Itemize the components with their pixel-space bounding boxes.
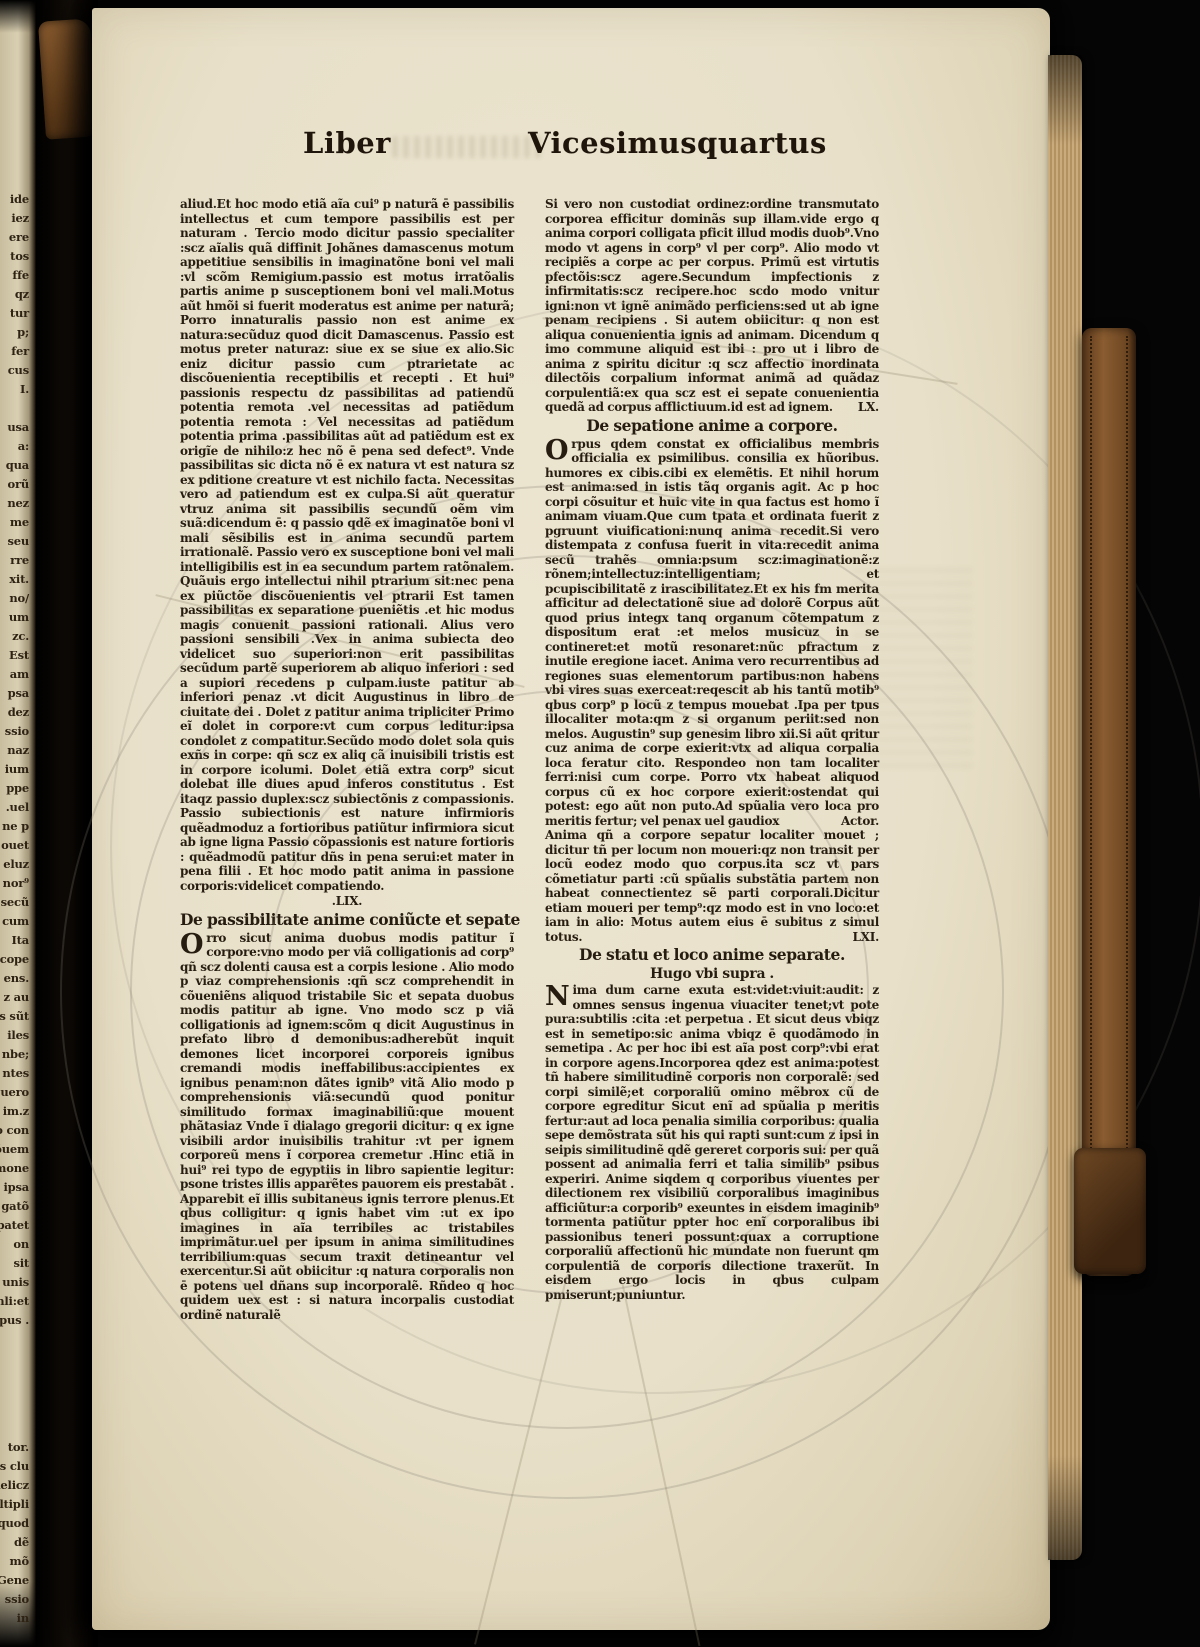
margin-fragment: usa (0, 418, 29, 437)
margin-fragment: quod (0, 1514, 29, 1533)
margin-fragment: ens. (0, 969, 29, 988)
margin-fragment: uero (0, 1083, 29, 1102)
strap-stitching (1126, 336, 1128, 1268)
leather-strap (1082, 328, 1136, 1276)
margin-fragment: p; (0, 323, 29, 342)
running-head-left: Liber (292, 126, 402, 160)
margin-fragment: ipsa (0, 1178, 29, 1197)
margin-fragment: ppe (0, 779, 29, 798)
section-source: Hugo vbi supra . (545, 966, 879, 983)
margin-fragment: ssio in (0, 1590, 29, 1628)
paragraph: Orpus qdem constat ex officialibus membr… (545, 437, 879, 829)
facing-page-fragments-upper: ideiezeretosffeqzturp;fercusI. usaa:quao… (0, 190, 29, 1330)
margin-fragment: me (0, 513, 29, 532)
text-column-right: Si vero non custodiat ordinez:ordine tra… (545, 197, 879, 1302)
margin-fragment: iles (0, 1026, 29, 1045)
margin-fragment: ltipli (0, 1495, 29, 1514)
margin-fragment: dẽ mõ (0, 1533, 29, 1571)
show-through-text (392, 136, 542, 158)
margin-fragment: xit. (0, 570, 29, 589)
facing-page-edge: ideiezeretosffeqzturp;fercusI. usaa:quao… (0, 0, 36, 1647)
section-heading: De sepatione anime a corpore. (545, 416, 879, 435)
margin-fragment: ere (0, 228, 29, 247)
margin-fragment: dez (0, 703, 29, 722)
section-number: .LIX. (180, 894, 514, 909)
margin-fragment: .uel (0, 798, 29, 817)
margin-fragment: unis (0, 1273, 29, 1292)
margin-fragment: qz (0, 285, 29, 304)
margin-fragment: es clu (0, 1457, 29, 1476)
marginal-reference: Actor. (833, 814, 879, 829)
margin-fragment: seu (0, 532, 29, 551)
margin-fragment: tos (0, 247, 29, 266)
margin-fragment: um (0, 608, 29, 627)
page-block-fore-edge (1048, 55, 1082, 1560)
paragraph: Nima dum carne exuta est:videt:viuit:aud… (545, 983, 879, 1302)
margin-fragment: o con (0, 1121, 29, 1140)
margin-fragment: nli:et (0, 1292, 29, 1311)
margin-fragment: tor. (0, 1438, 29, 1457)
running-head-right: Vicesimusquartus (528, 126, 764, 160)
paragraph: Orro sicut anima duobus modis patitur ĩ … (180, 931, 514, 1323)
margin-fragment: rre (0, 551, 29, 570)
margin-fragment: Est (0, 646, 29, 665)
margin-fragment: patet (0, 1216, 29, 1235)
margin-fragment: gatõ (0, 1197, 29, 1216)
margin-fragment: qua (0, 456, 29, 475)
margin-fragment: ium (0, 760, 29, 779)
marginal-reference: LX. (850, 400, 879, 415)
margin-fragment: Gene (0, 1571, 29, 1590)
margin-fragment: delicz (0, 1476, 29, 1495)
paragraph: Si vero non custodiat ordinez:ordine tra… (545, 197, 879, 415)
margin-fragment: nor⁹ (0, 874, 29, 893)
margin-fragment: ne p (0, 817, 29, 836)
strap-stitching (1090, 336, 1092, 1268)
margin-fragment: ide (0, 190, 29, 209)
margin-fragment: a: (0, 437, 29, 456)
margin-fragment: ntes (0, 1064, 29, 1083)
margin-fragment: õuem (0, 1140, 29, 1159)
margin-fragment: ouet (0, 836, 29, 855)
gutter-shadow (36, 0, 98, 1647)
facing-page-fragments-lower: tor.es cludeliczltipliquoddẽ mõGenessio … (0, 1438, 29, 1628)
margin-fragment: no/ (0, 589, 29, 608)
section-heading: De statu et loco anime separate. (545, 945, 879, 964)
marginal-reference: LXI. (844, 930, 879, 945)
drop-cap-initial: O (545, 437, 571, 463)
margin-fragment: nbe; (0, 1045, 29, 1064)
spine-leather-tab (38, 18, 98, 139)
margin-fragment: am (0, 665, 29, 684)
margin-fragment: zc. (0, 627, 29, 646)
book-page: Liber Vicesimusquartus aliud.Et hoc modo… (92, 8, 1050, 1630)
margin-fragment (0, 399, 29, 418)
margin-fragment: I. (0, 380, 29, 399)
margin-fragment: nez (0, 494, 29, 513)
margin-fragment: cope (0, 950, 29, 969)
book-photograph: ideiezeretosffeqzturp;fercusI. usaa:quao… (0, 0, 1200, 1647)
margin-fragment: s sũt (0, 1007, 29, 1026)
margin-fragment: fer (0, 342, 29, 361)
margin-fragment: tur (0, 304, 29, 323)
margin-fragment: ssio (0, 722, 29, 741)
drop-cap-initial: N (545, 983, 572, 1009)
margin-fragment: iez (0, 209, 29, 228)
margin-fragment: Ita (0, 931, 29, 950)
margin-fragment: on sit (0, 1235, 29, 1273)
margin-fragment: pus . (0, 1311, 29, 1330)
leather-strap-clasp (1074, 1148, 1146, 1274)
drop-cap-initial: O (180, 931, 206, 957)
paragraph: Anima qñ a corpore sepatur localiter mou… (545, 828, 879, 944)
margin-fragment: orũ (0, 475, 29, 494)
margin-fragment: cus (0, 361, 29, 380)
margin-fragment: cum (0, 912, 29, 931)
margin-fragment: secũ (0, 893, 29, 912)
text-column-left: aliud.Et hoc modo etiã aĩa cui⁹ p naturã… (180, 197, 514, 1322)
margin-fragment: mone (0, 1159, 29, 1178)
margin-fragment: ffe (0, 266, 29, 285)
margin-fragment: im.z (0, 1102, 29, 1121)
margin-fragment: psa (0, 684, 29, 703)
margin-fragment: eluz (0, 855, 29, 874)
margin-fragment: z au (0, 988, 29, 1007)
section-heading: De passibilitate anime coniũcte et sepat… (180, 910, 514, 929)
fore-edge-shading (1048, 55, 1082, 1560)
margin-fragment: naz (0, 741, 29, 760)
paragraph: aliud.Et hoc modo etiã aĩa cui⁹ p naturã… (180, 197, 514, 893)
